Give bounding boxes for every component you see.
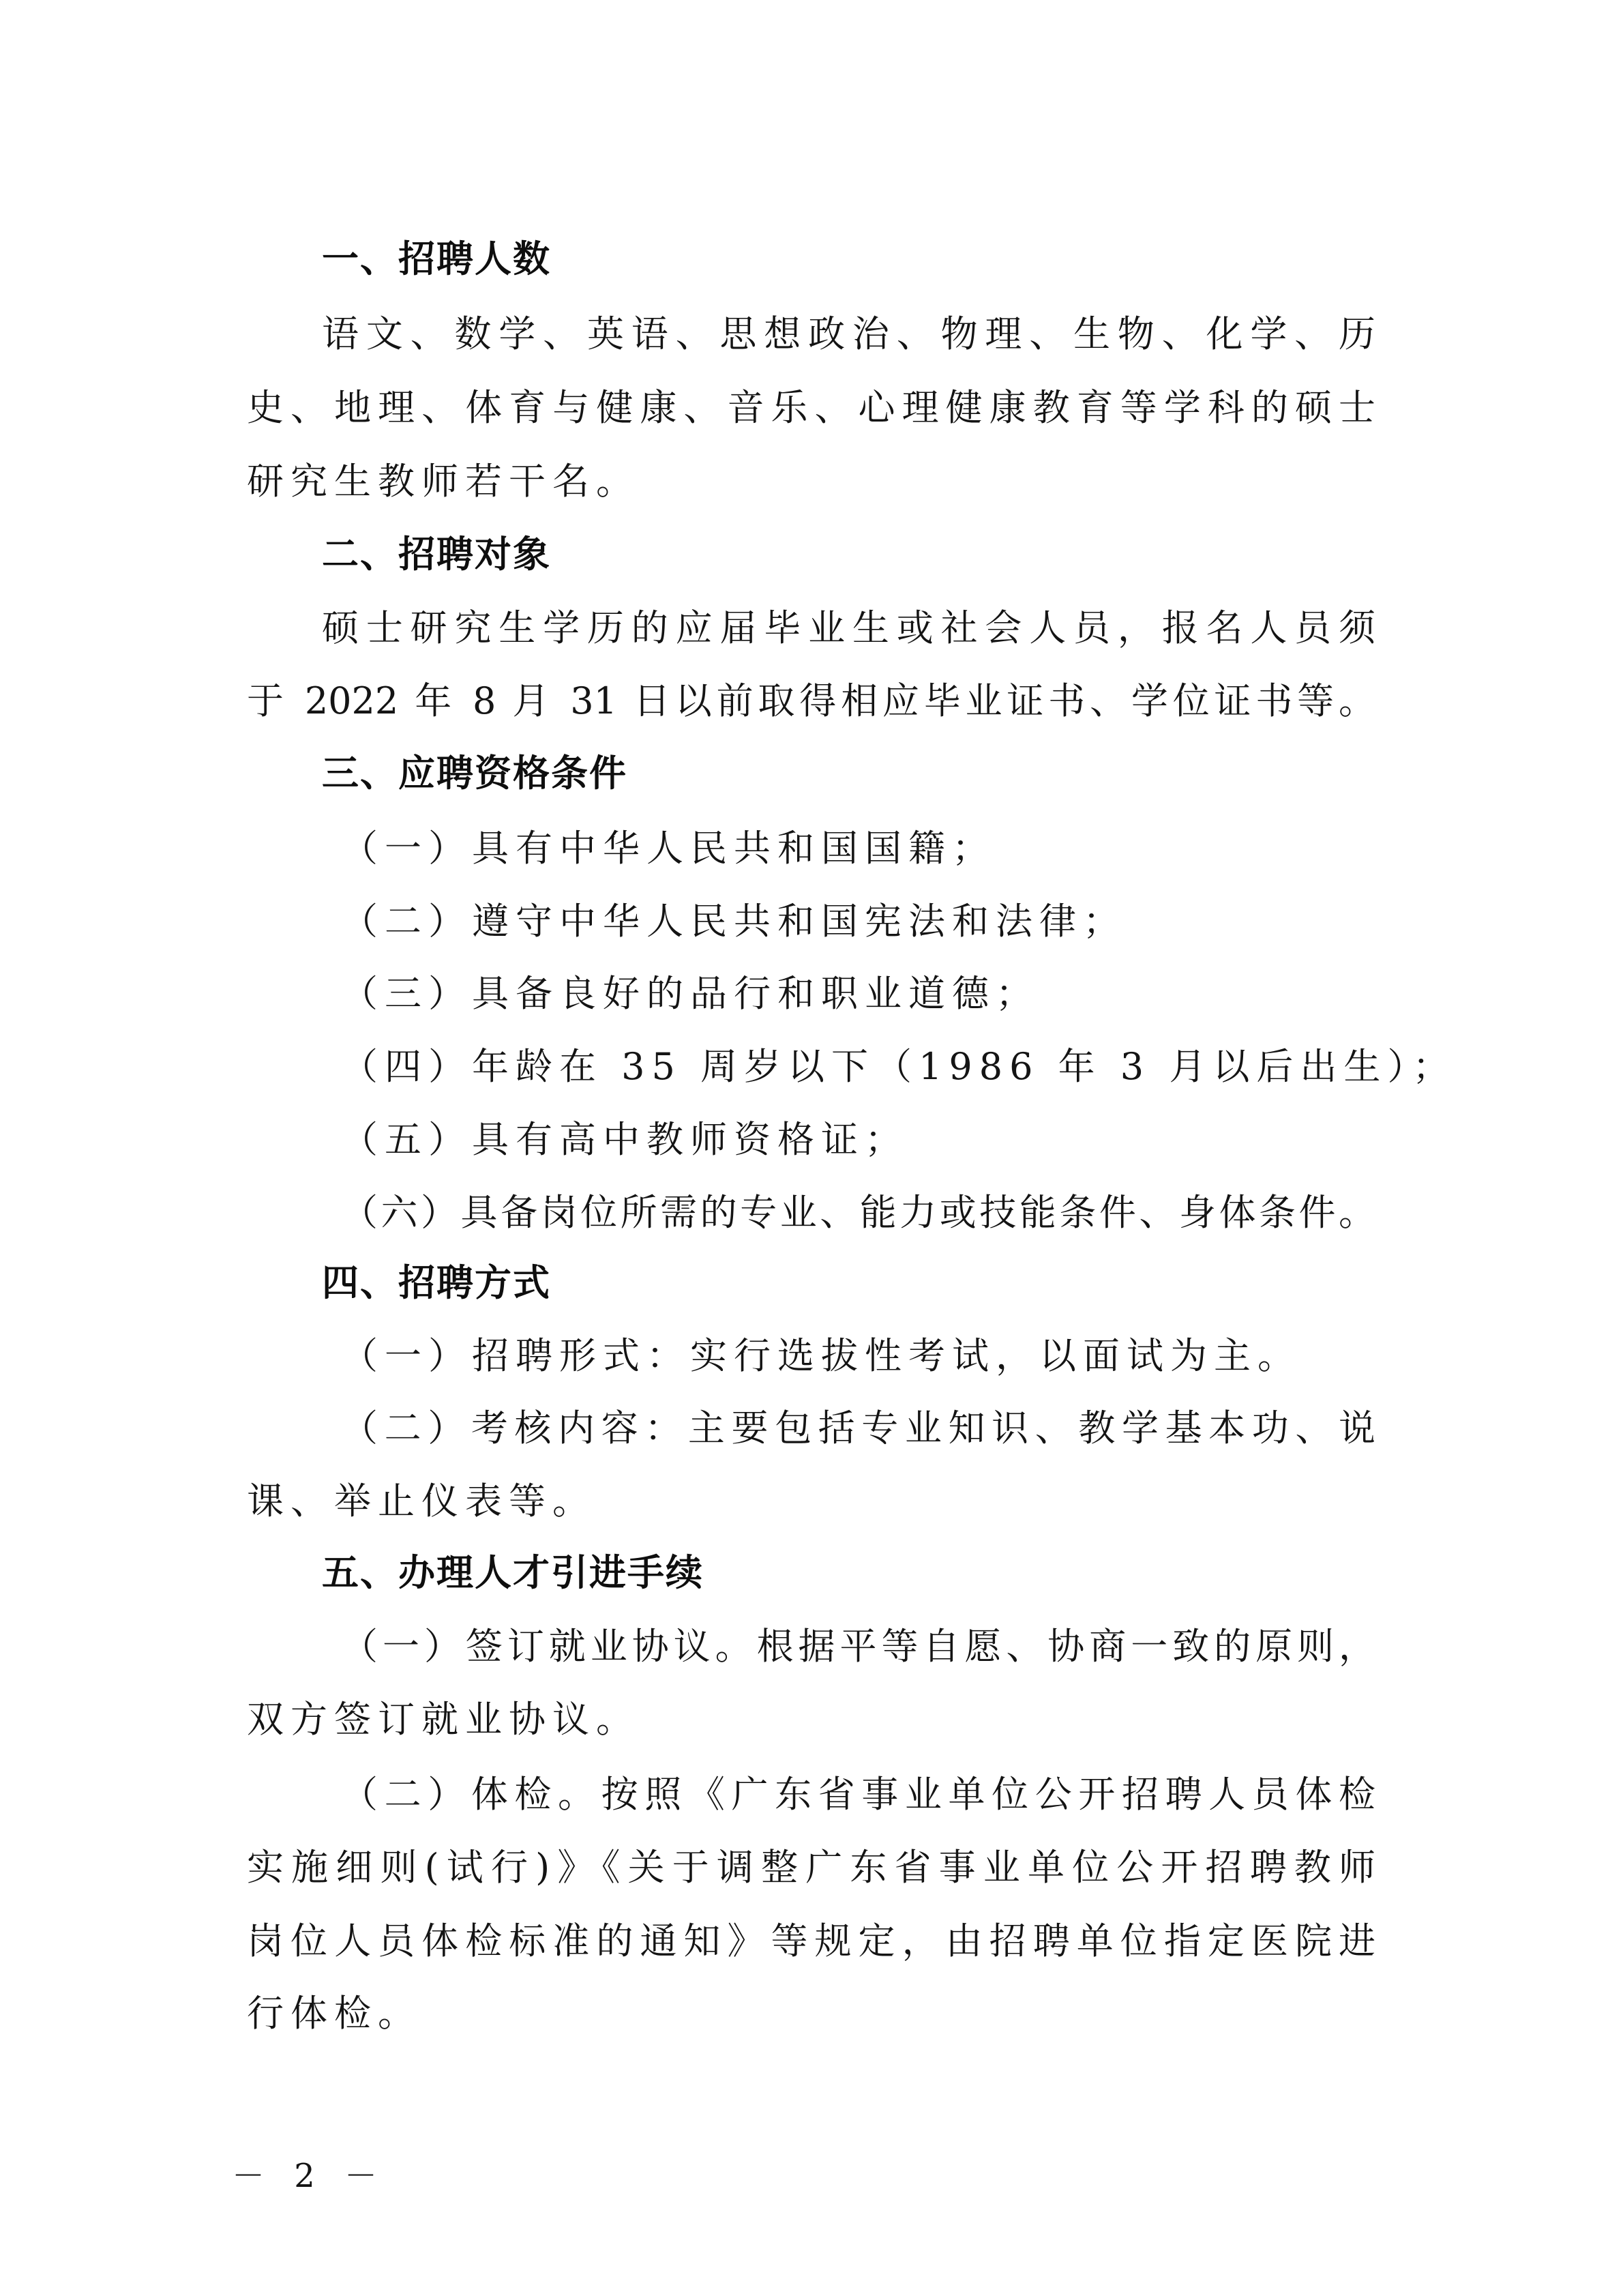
paragraph-line: 硕士研究生学历的应届毕业生或社会人员，报名人员须	[322, 601, 1375, 656]
document-page: 一、招聘人数 语文、数学、英语、思想政治、物理、生物、化学、历 史、地理、体育与…	[0, 0, 1623, 2296]
list-item: （一）签订就业协议。根据平等自愿、协商一致的原则，	[341, 1619, 1375, 1674]
section-heading-talent-procedures: 五、办理人才引进手续	[322, 1546, 704, 1600]
paragraph-line: 史、地理、体育与健康、音乐、心理健康教育等学科的硕士	[247, 381, 1375, 435]
list-item: （六）具备岗位所需的专业、能力或技能条件、身体条件。	[341, 1186, 1375, 1240]
paragraph-line: 研究生教师若干名。	[247, 454, 640, 509]
list-item: （五）具有高中教师资格证；	[341, 1113, 908, 1167]
list-item: （四）年龄在 35 周岁以下（1986 年 3 月以后出生）；	[341, 1040, 1456, 1094]
list-item: （二）考核内容：主要包括专业知识、教学基本功、说	[341, 1401, 1375, 1456]
list-item: （一）具有中华人民共和国国籍；	[341, 821, 996, 876]
section-heading-recruitment-target: 二、招聘对象	[322, 527, 551, 582]
paragraph-line: 于 2022 年 8 月 31 日以前取得相应毕业证书、学位证书等。	[247, 674, 1375, 728]
page-number: － 2 －	[232, 2155, 387, 2196]
section-heading-recruitment-number: 一、招聘人数	[322, 232, 551, 286]
paragraph-line: 语文、数学、英语、思想政治、物理、生物、化学、历	[322, 307, 1375, 362]
list-item: （二）体检。按照《广东省事业单位公开招聘人员体检	[341, 1767, 1375, 1822]
paragraph-line: 课、举止仪表等。	[247, 1474, 596, 1529]
paragraph-line: 双方签订就业协议。	[247, 1692, 640, 1747]
list-item: （三）具备良好的品行和职业道德；	[341, 967, 1039, 1021]
list-item: （二）遵守中华人民共和国宪法和法律；	[341, 894, 1127, 949]
section-heading-qualifications: 三、应聘资格条件	[322, 746, 627, 801]
paragraph-line: 实施细则(试行)》《关于调整广东省事业单位公开招聘教师	[247, 1840, 1375, 1895]
section-heading-recruitment-method: 四、招聘方式	[322, 1256, 551, 1310]
paragraph-line: 岗位人员体检标准的通知》等规定，由招聘单位指定医院进	[247, 1914, 1375, 1969]
paragraph-line: 行体检。	[247, 1986, 421, 2041]
list-item: （一）招聘形式：实行选拔性考试，以面试为主。	[341, 1329, 1301, 1383]
